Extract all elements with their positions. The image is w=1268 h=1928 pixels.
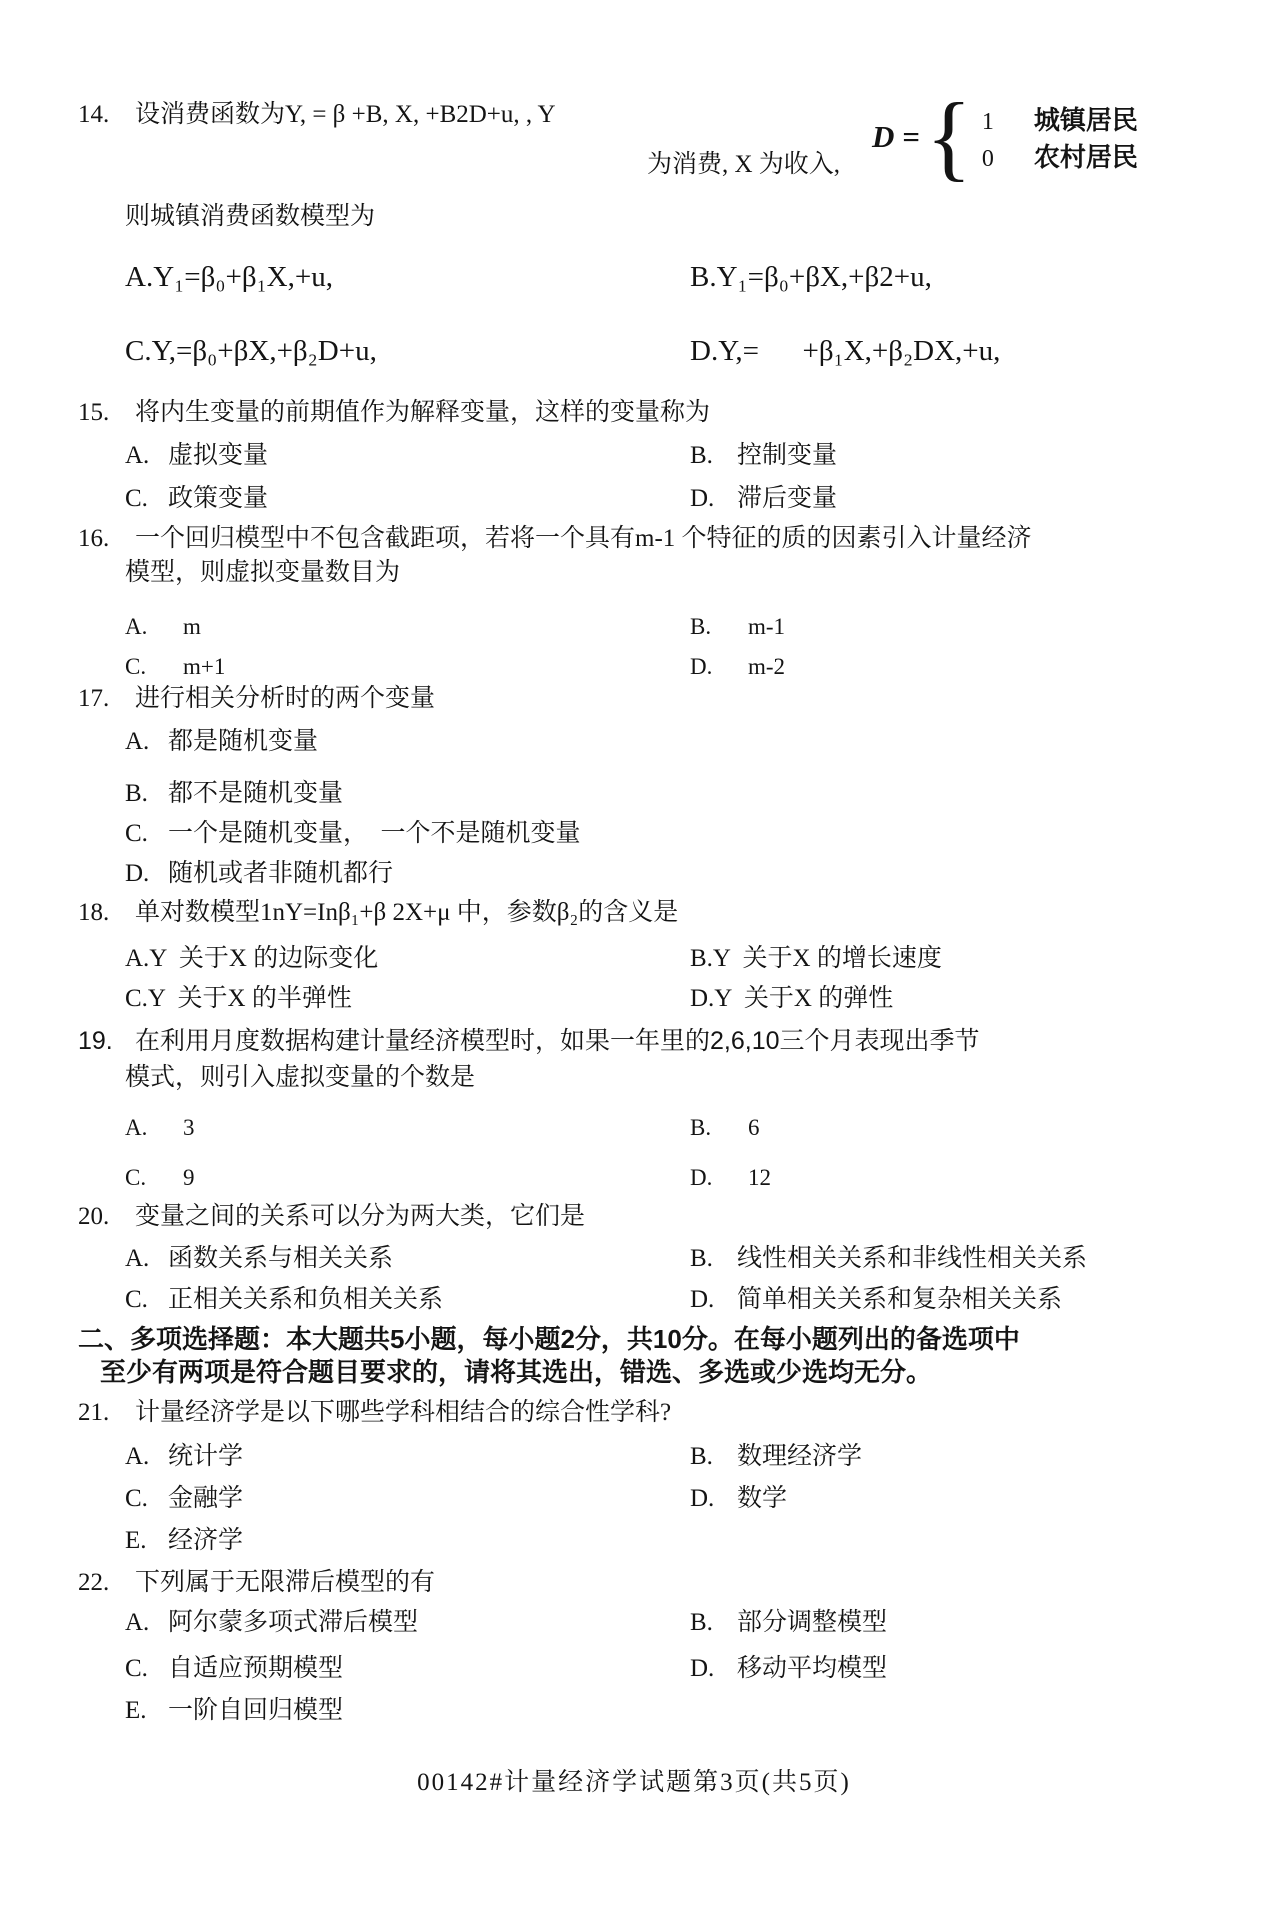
option-text: 金融学 (168, 1485, 243, 1512)
question-number: 21. (78, 1398, 135, 1428)
question-number: 18. (78, 898, 135, 928)
option-text: 一个是随机变量， 一个不是随机变量 (168, 820, 581, 847)
question-16-stem-line1: 16.一个回归模型中不包含截距项，若将一个具有m-1 个特征的质的因素引入计量经… (78, 524, 1032, 554)
q15-option-a: A.虚拟变量 (125, 441, 268, 471)
q14-dummy-variable-definition: D = { 1 城镇居民 0 农村居民 (872, 96, 1138, 178)
q20-option-c: C.正相关关系和负相关关系 (125, 1285, 443, 1315)
option-text: 统计学 (168, 1443, 243, 1470)
q17-option-d: D.随机或者非随机都行 (125, 859, 393, 889)
case-label: 农村居民 (1034, 137, 1138, 174)
option-letter: A. (125, 1244, 168, 1274)
option-letter: B. (690, 1244, 737, 1274)
question-text: 单对数模型1nY=Inβ₁+β 2X+μ 中，参数β₂的含义是 (135, 899, 678, 926)
q22-option-b: B.部分调整模型 (690, 1608, 887, 1638)
option-letter: B. (690, 612, 748, 642)
option-letter: C. (125, 1163, 183, 1193)
question-22-stem: 22.下列属于无限滞后模型的有 (78, 1568, 435, 1598)
question-14-stem-line2: 为消费, X 为收入, (647, 150, 840, 180)
option-text: 阿尔蒙多项式滞后模型 (168, 1609, 418, 1636)
question-21-stem: 21.计量经济学是以下哪些学科相结合的综合性学科? (78, 1398, 671, 1428)
question-19-stem-line1: 19.在利用月度数据构建计量经济模型时，如果一年里的2,6,10三个月表现出季节 (78, 1026, 980, 1056)
question-text: 计量经济学是以下哪些学科相结合的综合性学科? (135, 1399, 671, 1426)
section2-header-line1: 二、多项选择题：本大题共5小题，每小题2分，共10分。在每小题列出的备选项中 (78, 1324, 1020, 1354)
question-number: 20. (78, 1202, 135, 1232)
option-letter: B. (125, 779, 168, 809)
option-text: 部分调整模型 (737, 1609, 887, 1636)
question-number: 17. (78, 684, 135, 714)
q19-option-b: B.6 (690, 1113, 760, 1143)
option-letter: A. (125, 441, 168, 471)
q21-option-a: A.统计学 (125, 1442, 243, 1472)
question-15-stem: 15.将内生变量的前期值作为解释变量，这样的变量称为 (78, 398, 710, 428)
option-text: 随机或者非随机都行 (168, 860, 393, 887)
option-text: 3 (183, 1115, 195, 1140)
q16-option-b: B.m-1 (690, 612, 785, 642)
option-text: 12 (748, 1165, 771, 1190)
option-letter: D. (690, 484, 737, 514)
question-number: 14. (78, 100, 135, 130)
option-text: m (183, 614, 201, 639)
q17-option-a: A.都是随机变量 (125, 727, 318, 757)
q14-option-c: C.Y,=β₀+βX,+β₂D+u, (125, 336, 377, 366)
option-letter: B. (690, 1113, 748, 1143)
question-number: 19. (78, 1026, 135, 1056)
option-letter: D. (690, 1163, 748, 1193)
option-text: 6 (748, 1115, 760, 1140)
option-text: 都是随机变量 (168, 728, 318, 755)
option-letter: A. (125, 727, 168, 757)
option-text: 虚拟变量 (168, 442, 268, 469)
exam-page: 14.设消费函数为Y, = β +B, X, +B2D+u, , Y 为消费, … (0, 0, 1268, 1928)
option-text: 自适应预期模型 (168, 1655, 343, 1682)
option-text: 函数关系与相关关系 (168, 1245, 393, 1272)
question-text: 一个回归模型中不包含截距项，若将一个具有m-1 个特征的质的因素引入计量经济 (135, 525, 1032, 552)
dummy-variable-cases: 1 城镇居民 0 农村居民 (982, 98, 1138, 176)
option-letter: D. (690, 1285, 737, 1315)
option-letter: C. (125, 652, 183, 682)
question-18-stem: 18.单对数模型1nY=Inβ₁+β 2X+μ 中，参数β₂的含义是 (78, 898, 678, 928)
option-letter: C. (125, 1484, 168, 1514)
brace-symbol: { (926, 96, 972, 178)
question-text: 在利用月度数据构建计量经济模型时，如果一年里的2,6,10三个月表现出季节 (135, 1027, 980, 1055)
question-20-stem: 20.变量之间的关系可以分为两大类，它们是 (78, 1202, 585, 1232)
option-text: 控制变量 (737, 442, 837, 469)
q17-option-c: C.一个是随机变量， 一个不是随机变量 (125, 819, 581, 849)
option-text: 都不是随机变量 (168, 780, 343, 807)
q20-option-d: D.简单相关关系和复杂相关关系 (690, 1285, 1062, 1315)
q18-option-d: D.Y 关于X 的弹性 (690, 984, 893, 1014)
case-value: 1 (982, 109, 1034, 136)
option-text: m+1 (183, 654, 225, 679)
option-text: 经济学 (168, 1527, 243, 1554)
q22-option-e: E.一阶自回归模型 (125, 1696, 343, 1726)
q15-option-b: B.控制变量 (690, 441, 837, 471)
question-16-stem-line2: 模型，则虚拟变量数目为 (125, 558, 400, 588)
q19-option-a: A.3 (125, 1113, 195, 1143)
question-number: 15. (78, 398, 135, 428)
option-letter: E. (125, 1696, 168, 1726)
page-footer: 00142#计量经济学试题第3页(共5页) (0, 1768, 1268, 1798)
case-row-rural: 0 农村居民 (982, 137, 1138, 174)
q20-option-a: A.函数关系与相关关系 (125, 1244, 393, 1274)
q22-option-a: A.阿尔蒙多项式滞后模型 (125, 1608, 418, 1638)
q17-option-b: B.都不是随机变量 (125, 779, 343, 809)
q21-option-d: D.数学 (690, 1484, 787, 1514)
q15-option-d: D.滞后变量 (690, 484, 837, 514)
case-value: 0 (982, 146, 1034, 173)
q16-option-a: A.m (125, 612, 201, 642)
question-text: 将内生变量的前期值作为解释变量，这样的变量称为 (135, 399, 710, 426)
option-letter: A. (125, 1113, 183, 1143)
option-letter: C. (125, 819, 168, 849)
q20-option-b: B.线性相关关系和非线性相关关系 (690, 1244, 1087, 1274)
option-letter: C. (125, 1285, 168, 1315)
option-letter: D. (125, 859, 168, 889)
question-19-stem-line2: 模式，则引入虚拟变量的个数是 (125, 1062, 475, 1092)
option-text: 政策变量 (168, 485, 268, 512)
question-text: 变量之间的关系可以分为两大类，它们是 (135, 1203, 585, 1230)
question-14-stem-line1: 14.设消费函数为Y, = β +B, X, +B2D+u, , Y (78, 100, 556, 130)
option-letter: D. (690, 652, 748, 682)
q22-option-c: C.自适应预期模型 (125, 1654, 343, 1684)
case-row-urban: 1 城镇居民 (982, 100, 1138, 137)
q18-option-a: A.Y 关于X 的边际变化 (125, 944, 378, 974)
q18-option-b: B.Y 关于X 的增长速度 (690, 944, 942, 974)
option-letter: A. (125, 1608, 168, 1638)
q21-option-e: E.经济学 (125, 1526, 243, 1556)
option-text: 正相关关系和负相关关系 (168, 1286, 443, 1313)
option-text: 数学 (737, 1485, 787, 1512)
option-letter: C. (125, 484, 168, 514)
q19-option-c: C.9 (125, 1163, 195, 1193)
option-text: 简单相关关系和复杂相关关系 (737, 1286, 1062, 1313)
question-text: 下列属于无限滞后模型的有 (135, 1569, 435, 1596)
q21-option-b: B.数理经济学 (690, 1442, 862, 1472)
dummy-variable-lhs: D = (872, 119, 920, 155)
option-letter: C. (125, 1654, 168, 1684)
option-letter: D. (690, 1654, 737, 1684)
option-text: 数理经济学 (737, 1443, 862, 1470)
q14-option-d: D.Y,= +β₁X,+β₂DX,+u, (690, 336, 1000, 366)
option-text: 一阶自回归模型 (168, 1697, 343, 1724)
question-number: 16. (78, 524, 135, 554)
option-letter: A. (125, 1442, 168, 1472)
q15-option-c: C.政策变量 (125, 484, 268, 514)
option-text: 滞后变量 (737, 485, 837, 512)
section2-header-line2: 至少有两项是符合题目要求的，请将其选出，错选、多选或少选均无分。 (100, 1357, 932, 1387)
q22-option-d: D.移动平均模型 (690, 1654, 887, 1684)
question-text: 设消费函数为Y, = β +B, X, +B2D+u, , Y (135, 101, 556, 128)
case-label: 城镇居民 (1034, 100, 1138, 137)
option-text: m-2 (748, 654, 785, 679)
question-14-stem-line3: 则城镇消费函数模型为 (125, 202, 375, 232)
option-letter: B. (690, 1442, 737, 1472)
option-letter: B. (690, 1608, 737, 1638)
q19-option-d: D.12 (690, 1163, 771, 1193)
question-text: 进行相关分析时的两个变量 (135, 685, 435, 712)
question-17-stem: 17.进行相关分析时的两个变量 (78, 684, 435, 714)
q14-option-b: B.Y₁=β₀+βX,+β2+u, (690, 262, 932, 292)
option-letter: B. (690, 441, 737, 471)
q16-option-c: C.m+1 (125, 652, 225, 682)
option-text: 9 (183, 1165, 195, 1190)
option-text: 移动平均模型 (737, 1655, 887, 1682)
option-letter: D. (690, 1484, 737, 1514)
q14-option-a: A.Y₁=β₀+β₁X,+u, (125, 262, 333, 292)
q21-option-c: C.金融学 (125, 1484, 243, 1514)
option-text: 线性相关关系和非线性相关关系 (737, 1245, 1087, 1272)
q16-option-d: D.m-2 (690, 652, 785, 682)
option-letter: A. (125, 612, 183, 642)
option-text: m-1 (748, 614, 785, 639)
q18-option-c: C.Y 关于X 的半弹性 (125, 984, 352, 1014)
question-number: 22. (78, 1568, 135, 1598)
option-letter: E. (125, 1526, 168, 1556)
